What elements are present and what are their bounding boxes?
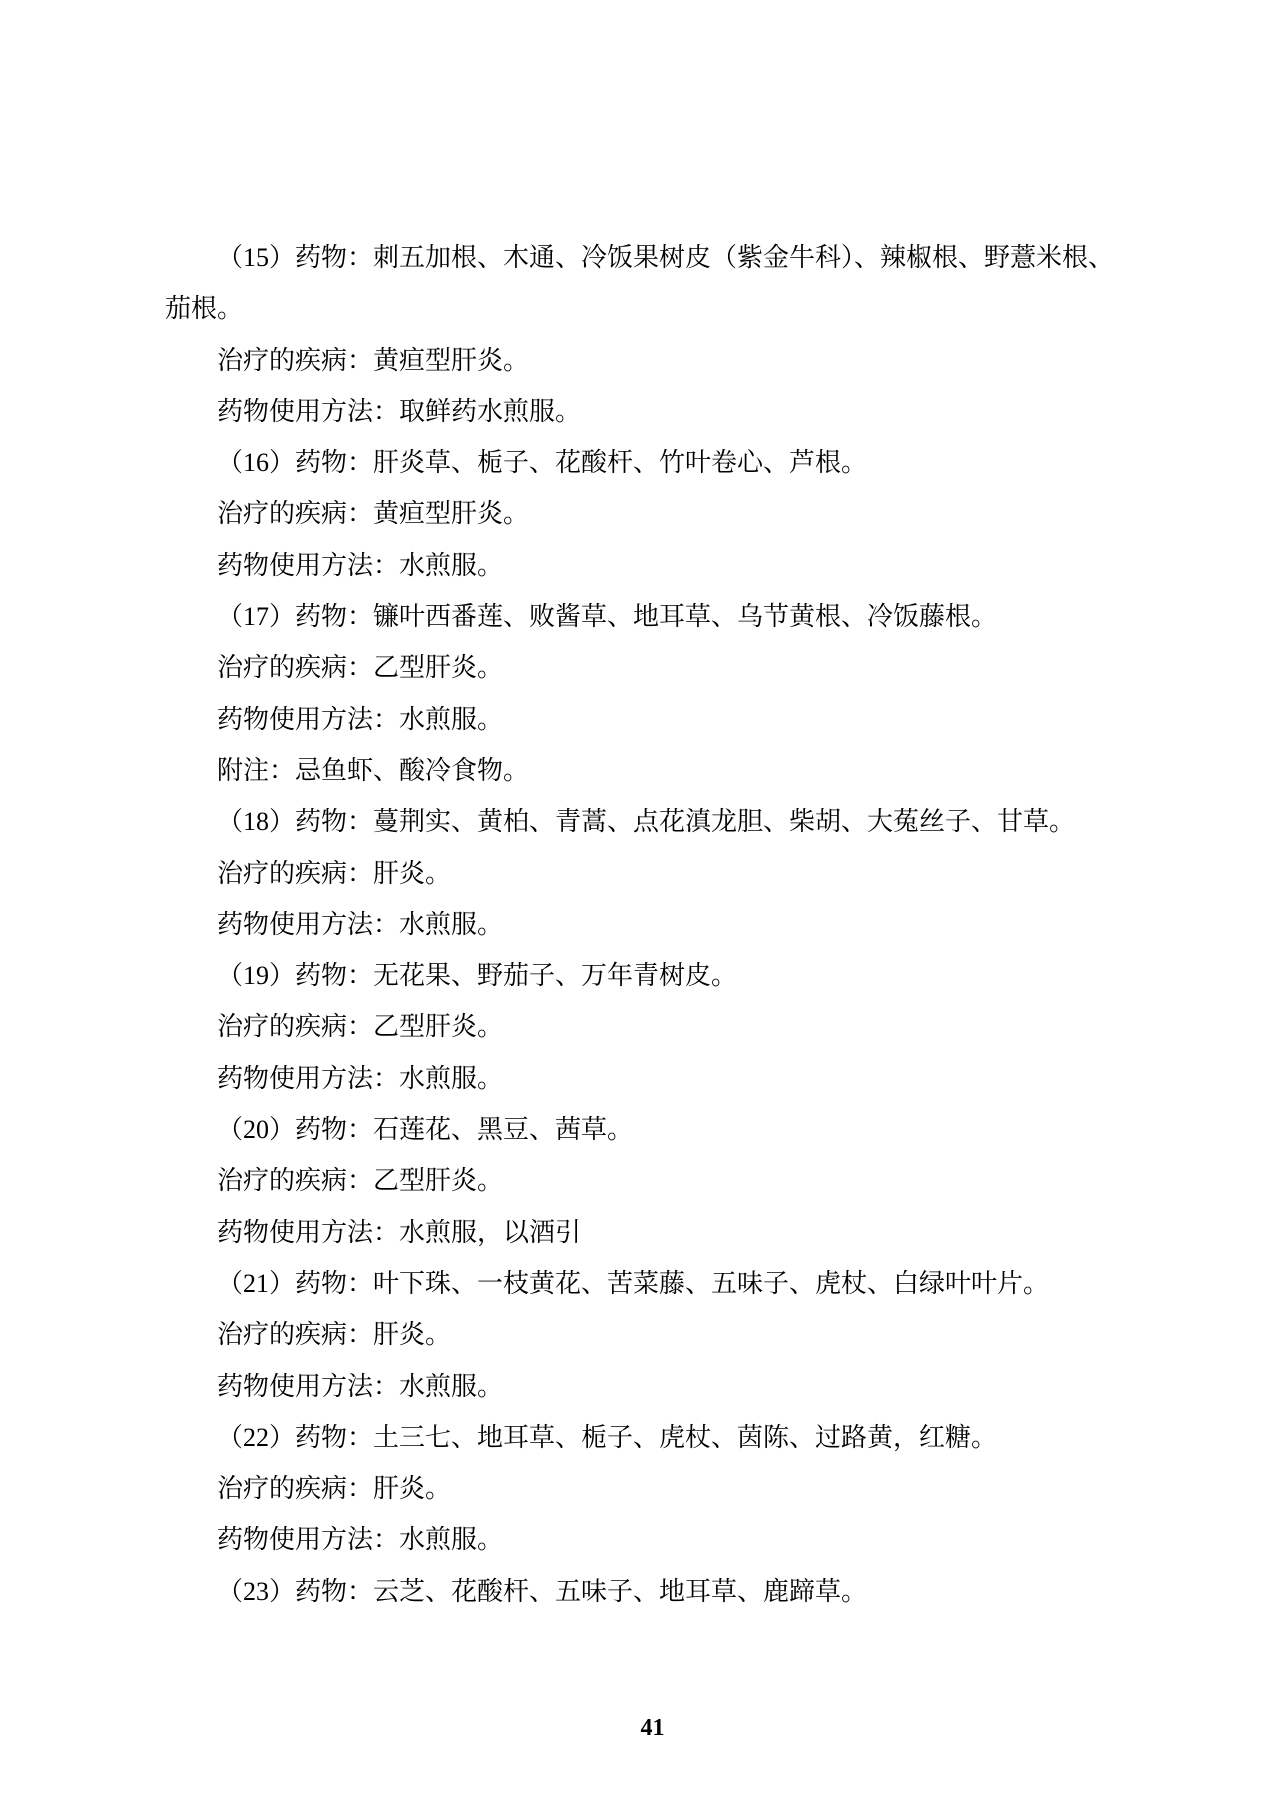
- paragraph-line: 药物使用方法：水煎服。: [165, 1514, 1140, 1565]
- paragraph-line: （17）药物：镰叶西番莲、败酱草、地耳草、乌节黄根、冷饭藤根。: [165, 591, 1140, 642]
- paragraph-line: 治疗的疾病：黄疸型肝炎。: [165, 488, 1140, 539]
- paragraph-line: （16）药物：肝炎草、栀子、花酸杆、竹叶卷心、芦根。: [165, 437, 1140, 488]
- paragraph-line: （22）药物：土三七、地耳草、栀子、虎杖、茵陈、过路黄，红糖。: [165, 1412, 1140, 1463]
- paragraph-line: 药物使用方法：取鲜药水煎服。: [165, 386, 1140, 437]
- paragraph-line: 药物使用方法：水煎服，以酒引: [165, 1207, 1140, 1258]
- paragraph-line: 附注：忌鱼虾、酸冷食物。: [165, 745, 1140, 796]
- paragraph-line: 治疗的疾病：肝炎。: [165, 1309, 1140, 1360]
- paragraph-line: 治疗的疾病：肝炎。: [165, 848, 1140, 899]
- page-number: 41: [165, 1711, 1140, 1745]
- paragraph-line: 药物使用方法：水煎服。: [165, 1053, 1140, 1104]
- paragraph-line: （15）药物：刺五加根、木通、冷饭果树皮（紫金牛科）、辣椒根、野薏米根、: [165, 232, 1140, 283]
- paragraph-line: （23）药物：云芝、花酸杆、五味子、地耳草、鹿蹄草。: [165, 1566, 1140, 1617]
- paragraph-line: 药物使用方法：水煎服。: [165, 1361, 1140, 1412]
- document-body: （15）药物：刺五加根、木通、冷饭果树皮（紫金牛科）、辣椒根、野薏米根、 茄根。…: [165, 232, 1140, 1617]
- paragraph-line: 药物使用方法：水煎服。: [165, 899, 1140, 950]
- paragraph-line: 治疗的疾病：黄疸型肝炎。: [165, 335, 1140, 386]
- paragraph-line: 治疗的疾病：乙型肝炎。: [165, 642, 1140, 693]
- paragraph-line: 治疗的疾病：肝炎。: [165, 1463, 1140, 1514]
- paragraph-continuation-line: 茄根。: [165, 283, 1140, 334]
- paragraph-line: 治疗的疾病：乙型肝炎。: [165, 1155, 1140, 1206]
- paragraph-line: （18）药物：蔓荆实、黄柏、青蒿、点花滇龙胆、柴胡、大菟丝子、甘草。: [165, 796, 1140, 847]
- paragraph-line: （20）药物：石莲花、黑豆、茜草。: [165, 1104, 1140, 1155]
- paragraph-line: （19）药物：无花果、野茄子、万年青树皮。: [165, 950, 1140, 1001]
- paragraph-line: 药物使用方法：水煎服。: [165, 694, 1140, 745]
- paragraph-line: （21）药物：叶下珠、一枝黄花、苦菜藤、五味子、虎杖、白绿叶叶片。: [165, 1258, 1140, 1309]
- document-page: （15）药物：刺五加根、木通、冷饭果树皮（紫金牛科）、辣椒根、野薏米根、 茄根。…: [0, 0, 1274, 1801]
- paragraph-line: 治疗的疾病：乙型肝炎。: [165, 1001, 1140, 1052]
- paragraph-line: 药物使用方法：水煎服。: [165, 540, 1140, 591]
